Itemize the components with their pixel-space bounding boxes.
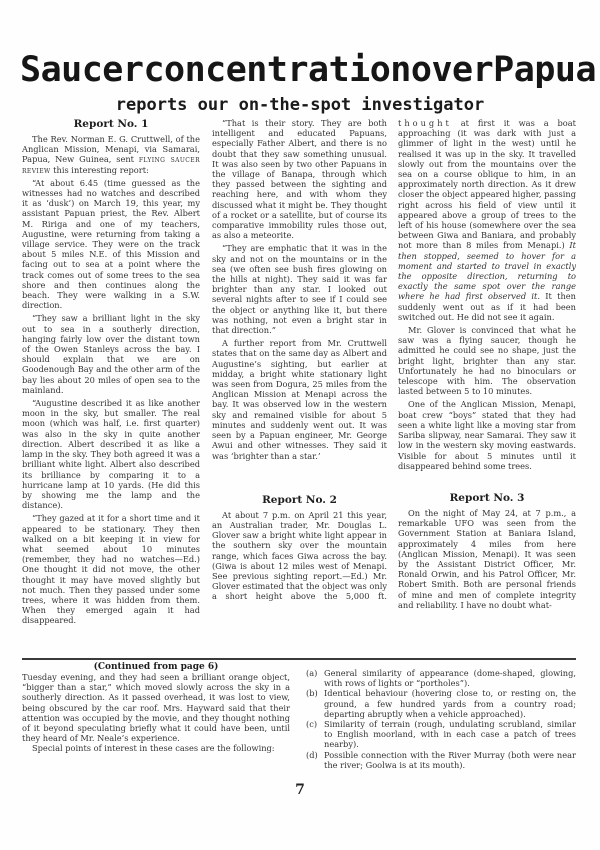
section-divider <box>22 658 576 660</box>
report-1-heading: Report No. 1 <box>22 118 200 131</box>
list-item: (a) General similarity of appearance (do… <box>306 668 576 688</box>
paragraph: One of the Anglican Mission, Menapi, boa… <box>398 399 576 470</box>
paragraph: “At about 6.45 (time guessed as the witn… <box>22 178 200 311</box>
paragraph: Tuesday evening, and they had seen a bri… <box>22 672 290 743</box>
magazine-page: Saucer concentration over Papua reports … <box>0 0 600 850</box>
list-label: (d) <box>306 750 324 770</box>
list-item: (d) Possible connection with the River M… <box>306 750 576 770</box>
report-2-heading: Report No. 2 <box>212 494 387 507</box>
paragraph: The Rev. Norman E. G. Cruttwell, of the … <box>22 134 200 175</box>
column-3: thought at first it was a boat approachi… <box>398 118 576 613</box>
headline-word: concentration <box>143 50 410 90</box>
paragraph: “They are emphatic that it was in the sk… <box>212 243 387 335</box>
paragraph: At about 7 p.m. on April 21 this year, a… <box>212 510 387 602</box>
page-number: 7 <box>0 782 600 798</box>
list-text: Identical behaviour (hovering close to, … <box>324 688 576 719</box>
report-3-heading: Report No. 3 <box>398 492 576 505</box>
column-2: “That is their story. They are both inte… <box>212 118 387 605</box>
list-text: Similarity of terrain (rough, undulating… <box>324 719 576 750</box>
paragraph: “They saw a brilliant light in the sky o… <box>22 313 200 395</box>
paragraph: “Augustine described it as like another … <box>22 398 200 510</box>
list-label: (b) <box>306 688 324 719</box>
headline-word: over <box>411 50 493 90</box>
column-1: Report No. 1 The Rev. Norman E. G. Crutt… <box>22 118 200 629</box>
article-headline: Saucer concentration over Papua <box>20 50 580 90</box>
headline-word: Saucer <box>20 50 143 90</box>
paragraph: “That is their story. They are both inte… <box>212 118 387 240</box>
list-label: (a) <box>306 668 324 688</box>
points-list: (a) General similarity of appearance (do… <box>306 668 576 770</box>
paragraph: “They gazed at it for a short time and i… <box>22 513 200 625</box>
headline-word: Papua <box>493 50 596 90</box>
paragraph: thought at first it was a boat approachi… <box>398 118 576 322</box>
list-text: Possible connection with the River Murra… <box>324 750 576 770</box>
paragraph: A further report from Mr. Cruttwell stat… <box>212 338 387 460</box>
continued-title: (Continued from page 6) <box>22 662 290 672</box>
list-label: (c) <box>306 719 324 750</box>
paragraph: Mr. Glover is convinced that what he saw… <box>398 325 576 396</box>
list-item: (c) Similarity of terrain (rough, undula… <box>306 719 576 750</box>
continued-section: (Continued from page 6) Tuesday evening,… <box>22 662 290 754</box>
paragraph: On the night of May 24, at 7 p.m., a rem… <box>398 508 576 610</box>
paragraph: Special points of interest in these case… <box>22 743 290 753</box>
list-text: General similarity of appearance (dome-s… <box>324 668 576 688</box>
article-subheadline: reports our on-the-spot investigator <box>0 95 600 115</box>
list-item: (b) Identical behaviour (hovering close … <box>306 688 576 719</box>
